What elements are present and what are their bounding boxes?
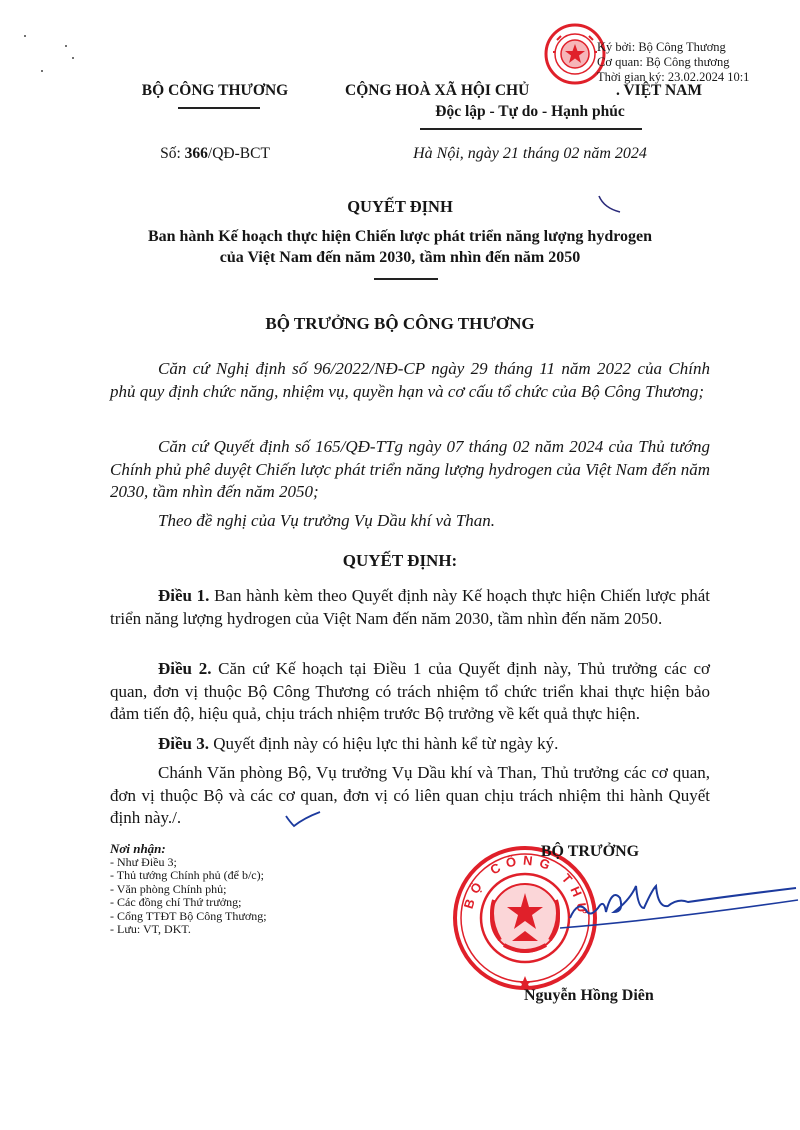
- motto-underline: [420, 128, 642, 130]
- issuing-authority: BỘ TRƯỞNG BỘ CÔNG THƯƠNG: [100, 314, 700, 334]
- signer-title: BỘ TRƯỞNG: [520, 843, 660, 861]
- place-date: Hà Nội, ngày 21 tháng 02 năm 2024: [375, 145, 685, 163]
- subject-line-1: Ban hành Kế hoạch thực hiện Chiến lược p…: [100, 228, 700, 246]
- decision-heading: QUYẾT ĐỊNH:: [100, 551, 700, 571]
- signing-time: Thời gian ký: 23.02.2024 10:1: [597, 70, 749, 84]
- number-suffix: /QĐ-BCT: [208, 145, 270, 162]
- article-3-label: Điều 3.: [158, 734, 209, 753]
- recipient-item: - Cổng TTĐT Bộ Công Thương;: [110, 910, 267, 924]
- pen-mark-icon: [596, 193, 626, 215]
- national-motto: Độc lập - Tự do - Hạnh phúc: [390, 103, 670, 121]
- recipients: Nơi nhận: - Như Điều 3; - Thủ tướng Chín…: [110, 842, 267, 937]
- signing-agency: Cơ quan: Bộ Công thương: [597, 55, 730, 69]
- scan-speck: [24, 35, 26, 37]
- scan-speck: [72, 57, 74, 59]
- closing-text: Chánh Văn phòng Bộ, Vụ trưởng Vụ Dầu khí…: [110, 763, 710, 827]
- number-value: 366: [185, 145, 208, 162]
- preamble-3-text: Theo đề nghị của Vụ trưởng Vụ Dầu khí và…: [158, 511, 495, 530]
- recipient-item: - Văn phòng Chính phủ;: [110, 883, 267, 897]
- recipient-item: - Các đồng chí Thứ trưởng;: [110, 896, 267, 910]
- scan-speck: [41, 70, 43, 72]
- article-2-label: Điều 2.: [158, 659, 211, 678]
- preamble-1-text: Căn cứ Nghị định số 96/2022/NĐ-CP ngày 2…: [110, 359, 710, 401]
- preamble-2: Căn cứ Quyết định số 165/QĐ-TTg ngày 07 …: [110, 436, 710, 504]
- initial-mark-icon: [284, 808, 324, 832]
- article-3-text: Quyết định này có hiệu lực thi hành kể t…: [209, 734, 558, 753]
- closing-paragraph: Chánh Văn phòng Bộ, Vụ trưởng Vụ Dầu khí…: [110, 762, 710, 830]
- article-1: Điều 1. Ban hành kèm theo Quyết định này…: [110, 585, 710, 630]
- republic-name-left: CỘNG HOÀ XÃ HỘI CHỦ: [345, 82, 529, 100]
- ministry-underline: [178, 107, 260, 109]
- article-3: Điều 3. Quyết định này có hiệu lực thi h…: [110, 733, 710, 756]
- handwritten-signature-icon: [560, 878, 800, 938]
- preamble-1: Căn cứ Nghị định số 96/2022/NĐ-CP ngày 2…: [110, 358, 710, 403]
- preamble-2-text: Căn cứ Quyết định số 165/QĐ-TTg ngày 07 …: [110, 437, 710, 501]
- recipient-item: - Lưu: VT, DKT.: [110, 923, 267, 937]
- signer-name: Nguyễn Hồng Diên: [524, 987, 654, 1005]
- subject-line-2: của Việt Nam đến năm 2030, tầm nhìn đến …: [100, 249, 700, 267]
- article-1-label: Điều 1.: [158, 586, 209, 605]
- article-2: Điều 2. Căn cứ Kế hoạch tại Điều 1 của Q…: [110, 658, 710, 726]
- recipients-heading: Nơi nhận:: [110, 842, 267, 856]
- preamble-3: Theo đề nghị của Vụ trưởng Vụ Dầu khí và…: [110, 510, 710, 533]
- recipient-item: - Như Điều 3;: [110, 856, 267, 870]
- signed-by: Ký bởi: Bộ Công Thương: [597, 40, 726, 54]
- number-prefix: Số:: [160, 145, 185, 162]
- recipient-item: - Thủ tướng Chính phủ (để b/c);: [110, 869, 267, 883]
- document-number: Số: 366/QĐ-BCT: [115, 145, 315, 163]
- ministry-name: BỘ CÔNG THƯƠNG: [115, 82, 315, 100]
- scan-speck: [65, 45, 67, 47]
- subject-underline: [374, 278, 438, 280]
- republic-name-right: . VIỆT NAM: [616, 82, 702, 100]
